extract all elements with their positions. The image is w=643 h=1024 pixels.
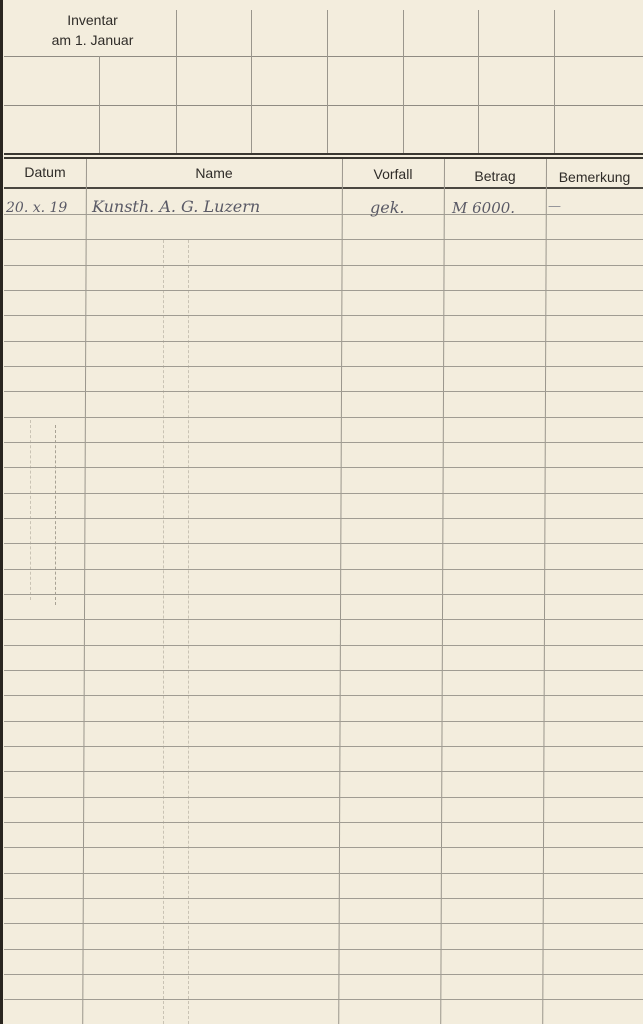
inventory-title-line2: am 1. Januar xyxy=(20,32,165,48)
row-rule xyxy=(4,670,643,671)
sub-rule xyxy=(55,425,56,605)
entry-datum: 20. x. 19 xyxy=(6,200,67,216)
row-rule xyxy=(4,569,643,570)
inventory-col-rule xyxy=(554,10,555,154)
row-rule xyxy=(4,518,643,519)
row-rule xyxy=(4,594,643,595)
binding-edge xyxy=(0,0,3,1024)
row-rule xyxy=(4,366,643,367)
inventory-col-rule xyxy=(478,10,479,154)
column-header-bemerkung: Bemerkung xyxy=(546,169,643,185)
column-header-datum: Datum xyxy=(4,164,86,180)
row-rule xyxy=(4,417,643,418)
section-divider xyxy=(4,157,643,159)
row-rule xyxy=(4,341,643,342)
row-rule xyxy=(4,442,643,443)
inventory-col-rule xyxy=(176,10,177,154)
inventory-title-line1: Inventar xyxy=(20,12,165,28)
ledger-page: Inventar am 1. Januar Datum Name Vorfall… xyxy=(0,0,643,1024)
column-rule-name-vorfall xyxy=(338,159,343,1024)
inventory-col-rule xyxy=(251,10,252,154)
row-rule xyxy=(4,645,643,646)
row-rule xyxy=(4,239,643,240)
row-rule xyxy=(4,721,643,722)
column-rule-vorfall-betrag xyxy=(440,159,445,1024)
row-rule xyxy=(4,543,643,544)
sub-rule xyxy=(30,420,31,600)
row-rule xyxy=(4,493,643,494)
row-rule xyxy=(4,974,643,975)
entry-bemerkung: — xyxy=(548,199,561,214)
row-rule xyxy=(4,847,643,848)
row-rule xyxy=(4,391,643,392)
column-header-vorfall: Vorfall xyxy=(342,166,444,182)
row-rule xyxy=(4,746,643,747)
entry-betrag: M 6000. xyxy=(452,199,515,217)
sub-rule xyxy=(188,240,189,1024)
row-rule xyxy=(4,771,643,772)
column-rule-datum-name xyxy=(82,159,87,1024)
inventory-col-rule xyxy=(99,56,100,154)
section-divider xyxy=(4,153,643,155)
row-rule xyxy=(4,315,643,316)
row-rule xyxy=(4,898,643,899)
column-header-name: Name xyxy=(86,165,342,181)
inventory-col-rule xyxy=(327,10,328,154)
column-header-betrag: Betrag xyxy=(444,168,546,184)
entry-vorfall: gek. xyxy=(370,198,405,217)
row-rule xyxy=(4,695,643,696)
sub-rule xyxy=(163,240,164,1024)
entry-name: Kunsth. A. G. Luzern xyxy=(92,197,260,216)
row-rule xyxy=(4,619,643,620)
row-rule xyxy=(4,999,643,1000)
inventory-col-rule xyxy=(403,10,404,154)
column-rule-betrag-bemerkung xyxy=(542,159,547,1024)
row-rule xyxy=(4,923,643,924)
row-rule xyxy=(4,797,643,798)
row-rule xyxy=(4,467,643,468)
row-rule xyxy=(4,290,643,291)
row-rule xyxy=(4,822,643,823)
row-rule xyxy=(4,949,643,950)
row-rule xyxy=(4,873,643,874)
header-underline xyxy=(4,187,643,189)
row-rule xyxy=(4,265,643,266)
